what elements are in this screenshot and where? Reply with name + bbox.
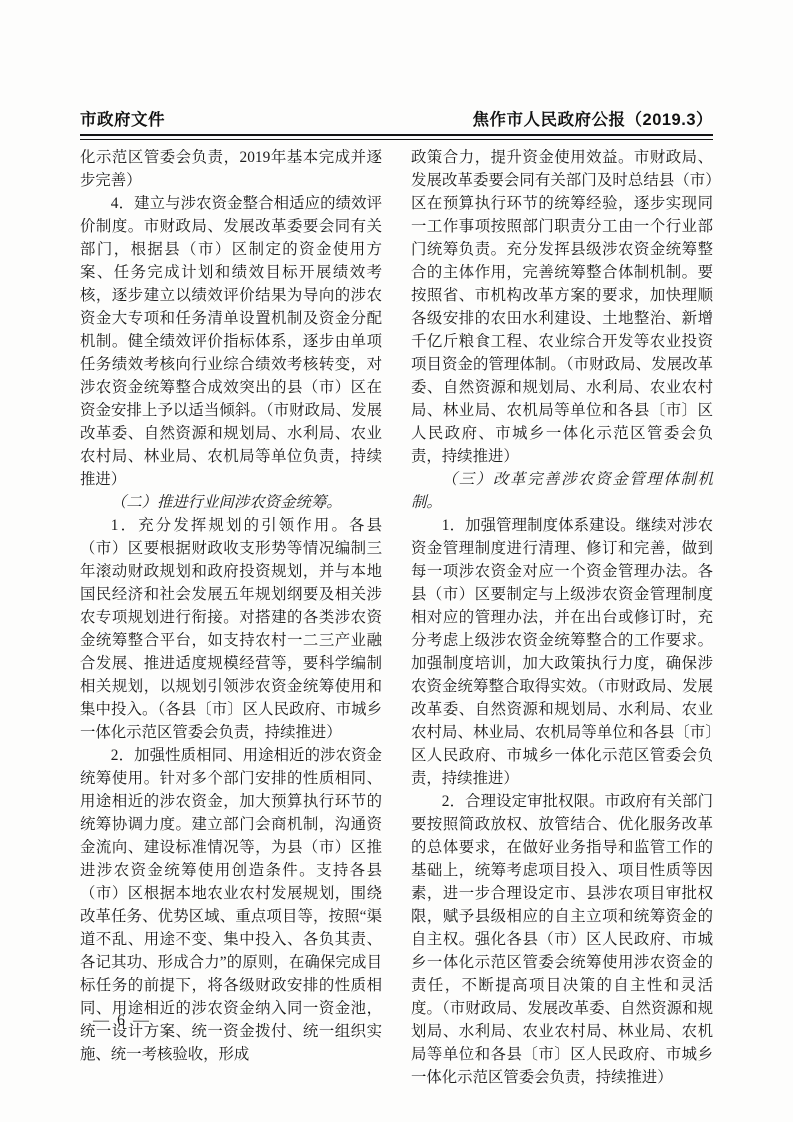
section-subheading: （三）改革完善涉农资金管理体制机制。 [411, 468, 713, 514]
body-paragraph: 4．建立与涉农资金整合相适应的绩效评价制度。市财政局、发展改革委要会同有关部门，… [80, 192, 382, 491]
body-paragraph: 化示范区管委会负责，2019年基本完成并逐步完善） [80, 146, 382, 192]
header-divider-rule [80, 134, 713, 140]
right-column: 政策合力，提升资金使用效益。市财政局、发展改革委要会同有关部门及时总结县（市）区… [411, 146, 713, 1089]
body-paragraph: 2．合理设定审批权限。市政府有关部门要按照简政放权、放管结合、优化服务改革的总体… [411, 790, 713, 1089]
section-subheading: （二）推进行业间涉农资金统筹。 [80, 491, 382, 514]
page-number: — 6 — [93, 1012, 151, 1030]
header-section-title: 市政府文件 [80, 106, 165, 130]
left-column: 化示范区管委会负责，2019年基本完成并逐步完善）4．建立与涉农资金整合相适应的… [80, 146, 382, 1089]
text-columns: 化示范区管委会负责，2019年基本完成并逐步完善）4．建立与涉农资金整合相适应的… [80, 146, 713, 1089]
page-header: 市政府文件 焦作市人民政府公报（2019.3） [80, 106, 713, 130]
body-paragraph: 1．充分发挥规划的引领作用。各县（市）区要根据财政收支形势等情况编制三年滚动财政… [80, 514, 382, 744]
body-paragraph: 1．加强管理制度体系建设。继续对涉农资金管理制度进行清理、修订和完善，做到每一项… [411, 514, 713, 790]
header-gazette-title: 焦作市人民政府公报（2019.3） [473, 106, 713, 130]
gazette-page: 市政府文件 焦作市人民政府公报（2019.3） 化示范区管委会负责，2019年基… [0, 0, 793, 1122]
body-paragraph: 政策合力，提升资金使用效益。市财政局、发展改革委要会同有关部门及时总结县（市）区… [411, 146, 713, 468]
